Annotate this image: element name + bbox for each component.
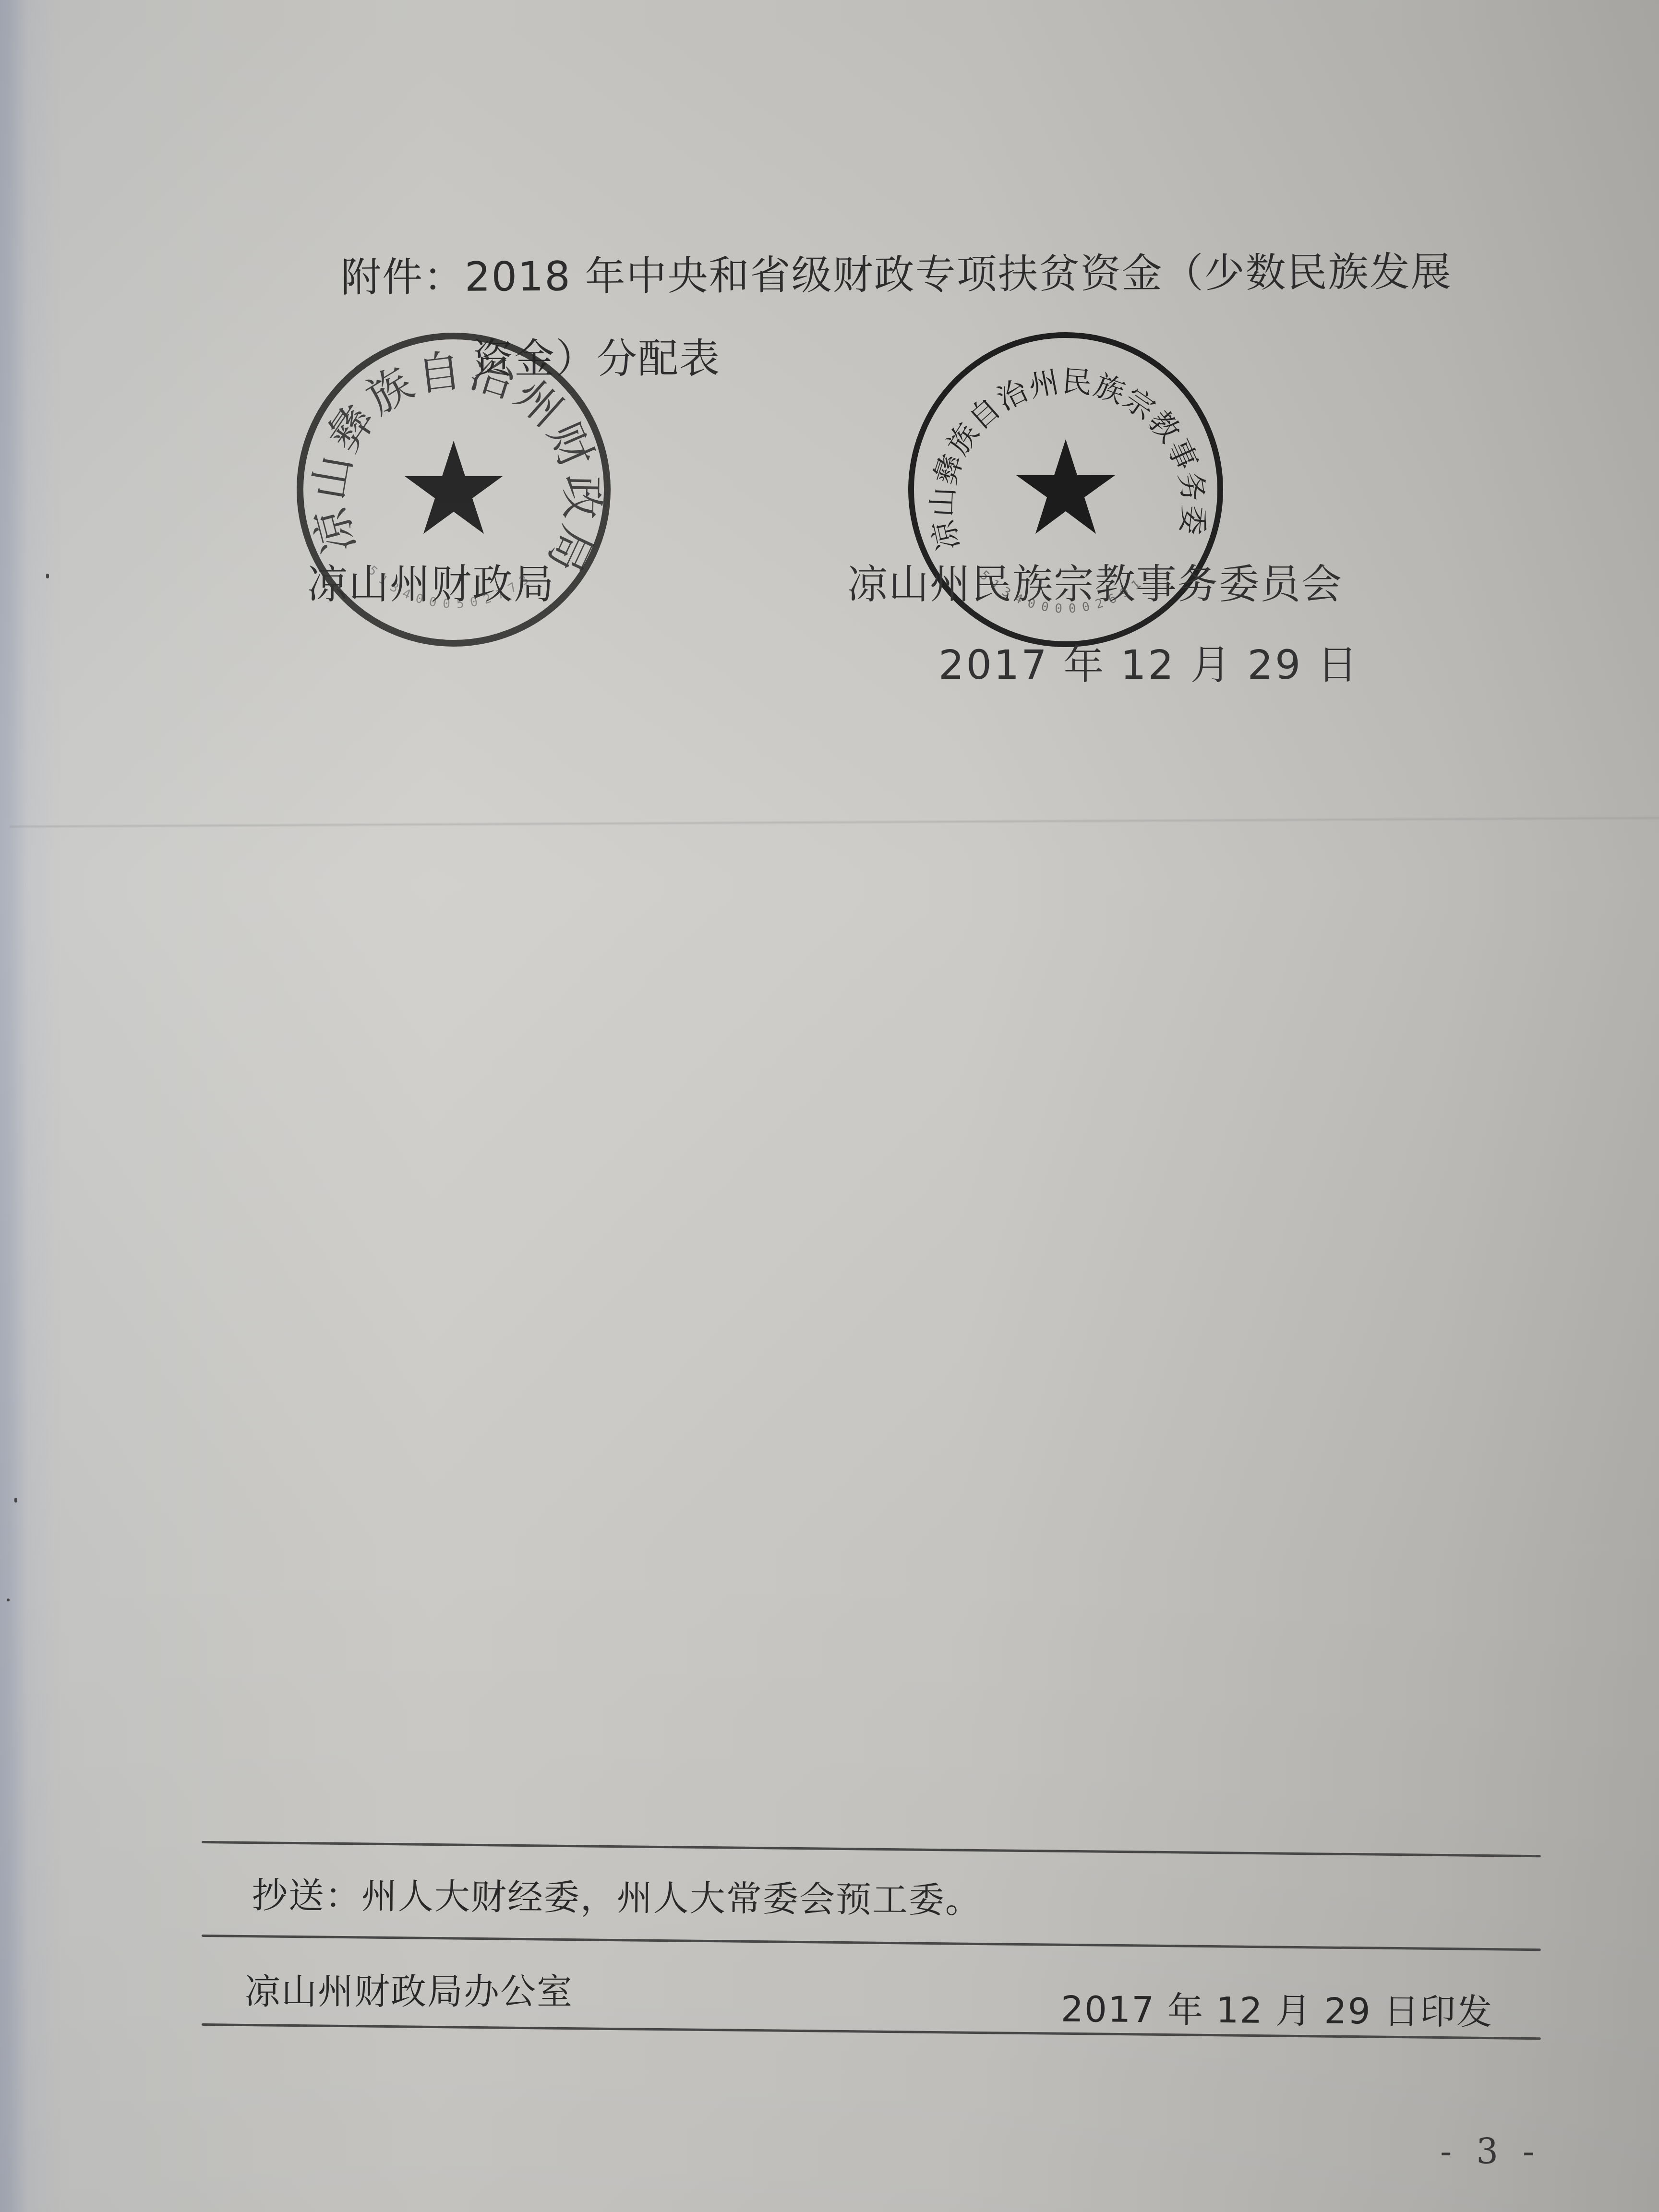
paper-speck xyxy=(46,574,49,578)
issue-date: 2017 年 12 月 29 日印发 xyxy=(1061,1981,1493,2035)
signatory-finance-bureau: 凉山州财政局 xyxy=(307,552,555,610)
footer-divider-top xyxy=(202,1841,1541,1857)
star-icon xyxy=(1016,439,1115,534)
signature-date: 2017 年 12 月 29 日 xyxy=(938,633,1359,691)
cc-recipients: 抄送：州人大财经委，州人大常委会预工委。 xyxy=(252,1867,982,1923)
attachment-title-line1: 附件：2018 年中央和省级财政专项扶贫资金（少数民族发展 xyxy=(341,240,1452,303)
footer-divider-middle xyxy=(202,1935,1541,1951)
paper-fold-line xyxy=(10,816,1659,829)
signatory-ethnic-religious-affairs-committee: 凉山州民族宗教事务委员会 xyxy=(847,552,1343,610)
paper-left-edge xyxy=(0,0,29,2212)
paper-speck xyxy=(7,1599,10,1601)
page-number: - 3 - xyxy=(1440,2131,1541,2172)
issuing-office: 凉山州财政局办公室 xyxy=(245,1963,573,2014)
paper-speck xyxy=(14,1498,17,1503)
star-icon xyxy=(405,441,503,534)
